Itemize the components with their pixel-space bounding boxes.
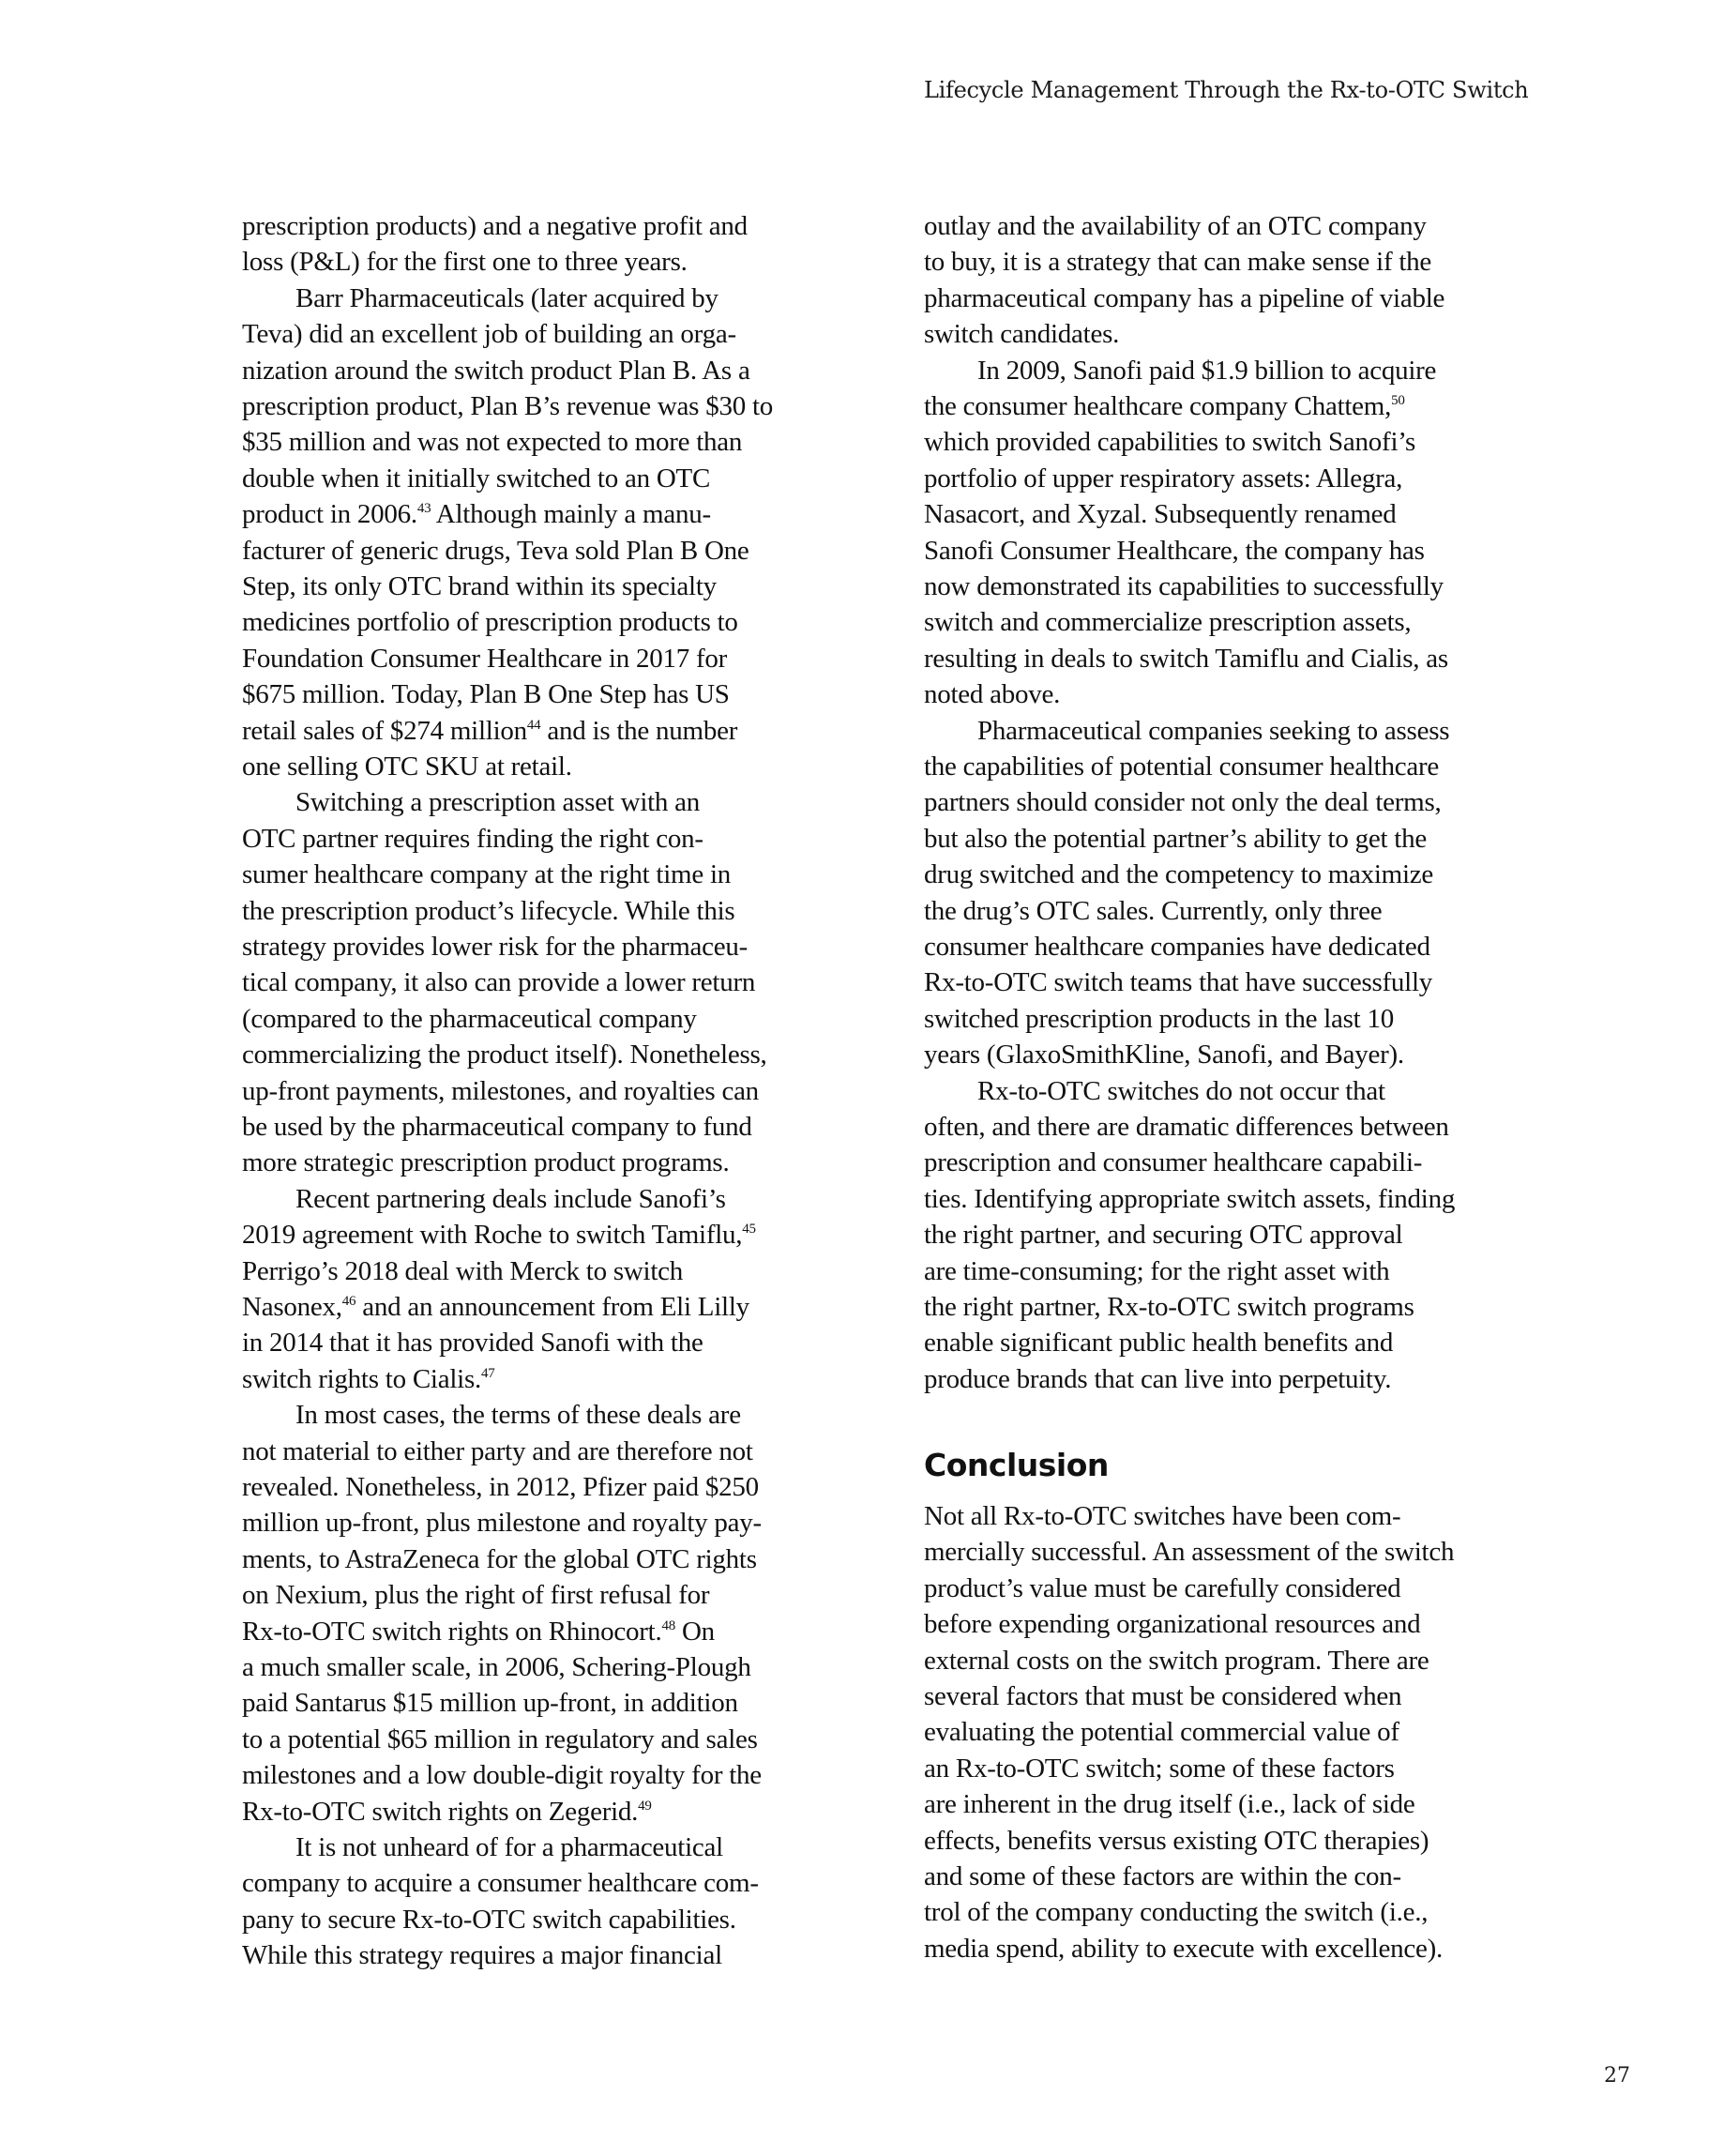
text-line: Switching a prescription asset with an xyxy=(242,784,700,820)
text-line-content: drug switched and the competency to maxi… xyxy=(924,859,1433,889)
text-line-content: the drug’s OTC sales. Currently, only th… xyxy=(924,896,1382,926)
text-line-content: but also the potential partner’s ability… xyxy=(924,824,1427,854)
footnote-reference: 47 xyxy=(481,1366,495,1381)
text-line: switch rights to Cialis.47 xyxy=(242,1361,495,1397)
text-line-content: Nasonex, xyxy=(242,1292,342,1322)
text-line: more strategic prescription product prog… xyxy=(242,1145,729,1180)
text-line-content: Rx-to-OTC switch teams that have success… xyxy=(924,967,1432,997)
text-line: up-front payments, milestones, and royal… xyxy=(242,1073,759,1109)
text-line: Step, its only OTC brand within its spec… xyxy=(242,569,717,604)
text-line: media spend, ability to execute with exc… xyxy=(924,1931,1443,1966)
text-line: Rx-to-OTC switch rights on Rhinocort.48 … xyxy=(242,1614,715,1649)
text-line-content: produce brands that can live into perpet… xyxy=(924,1364,1391,1394)
text-line-content: to a potential $65 million in regulatory… xyxy=(242,1724,758,1754)
text-line: retail sales of $274 million44 and is th… xyxy=(242,713,737,749)
text-line-content: pany to secure Rx-to-OTC switch capabili… xyxy=(242,1905,736,1935)
text-line-content: effects, benefits versus existing OTC th… xyxy=(924,1826,1429,1856)
text-line-content: one selling OTC SKU at retail. xyxy=(242,752,572,782)
text-line: $35 million and was not expected to more… xyxy=(242,424,742,460)
footnote-reference: 50 xyxy=(1391,393,1405,408)
text-line-content: revealed. Nonetheless, in 2012, Pfizer p… xyxy=(242,1472,759,1502)
text-line: Perrigo’s 2018 deal with Merck to switch xyxy=(242,1253,683,1289)
text-line: and some of these factors are within the… xyxy=(924,1859,1401,1894)
text-line: the consumer healthcare company Chattem,… xyxy=(924,388,1405,424)
text-line-content: nization around the switch product Plan … xyxy=(242,356,750,386)
text-line-content: prescription and consumer healthcare cap… xyxy=(924,1147,1422,1177)
document-page: Lifecycle Management Through the Rx-to-O… xyxy=(0,0,1724,2156)
text-line-content: are time-consuming; for the right asset … xyxy=(924,1256,1389,1286)
text-line-continuation: On xyxy=(675,1617,715,1647)
text-line-content: company to acquire a consumer healthcare… xyxy=(242,1868,759,1898)
text-line: mercially successful. An assessment of t… xyxy=(924,1534,1454,1570)
footnote-reference: 49 xyxy=(638,1799,652,1814)
text-line-content: consumer healthcare companies have dedic… xyxy=(924,932,1430,962)
text-line: partners should consider not only the de… xyxy=(924,784,1442,820)
text-line: not material to either party and are the… xyxy=(242,1434,753,1469)
text-line: Rx-to-OTC switch teams that have success… xyxy=(924,964,1432,1000)
text-line-content: product’s value must be carefully consid… xyxy=(924,1573,1400,1603)
text-line: consumer healthcare companies have dedic… xyxy=(924,929,1430,964)
text-line: pharmaceutical company has a pipeline of… xyxy=(924,281,1444,316)
text-line-content: In most cases, the terms of these deals … xyxy=(295,1400,741,1430)
text-line-content: product in 2006. xyxy=(242,499,417,529)
text-line-content: Rx-to-OTC switch rights on Rhinocort. xyxy=(242,1617,661,1647)
text-line: nization around the switch product Plan … xyxy=(242,353,750,388)
text-line: drug switched and the competency to maxi… xyxy=(924,857,1433,892)
text-line-content: Nasacort, and Xyzal. Subsequently rename… xyxy=(924,499,1397,529)
text-line-content: the consumer healthcare company Chattem, xyxy=(924,391,1391,421)
text-line-content: prescription products) and a negative pr… xyxy=(242,211,748,241)
text-line-content: the capabilities of potential consumer h… xyxy=(924,752,1439,782)
text-line: Nasacort, and Xyzal. Subsequently rename… xyxy=(924,496,1397,532)
text-line: switch candidates. xyxy=(924,316,1119,352)
text-line: tical company, it also can provide a low… xyxy=(242,964,755,1000)
text-line: double when it initially switched to an … xyxy=(242,461,710,496)
text-line-content: OTC partner requires finding the right c… xyxy=(242,824,703,854)
text-line: now demonstrated its capabilities to suc… xyxy=(924,569,1444,604)
text-line: portfolio of upper respiratory assets: A… xyxy=(924,461,1402,496)
text-line: Sanofi Consumer Healthcare, the company … xyxy=(924,533,1425,569)
text-line-content: million up-front, plus milestone and roy… xyxy=(242,1508,762,1538)
text-line-content: Switching a prescription asset with an xyxy=(295,787,700,817)
text-line-content: While this strategy requires a major fin… xyxy=(242,1940,722,1970)
text-line: (compared to the pharmaceutical company xyxy=(242,1001,697,1037)
text-line: the capabilities of potential consumer h… xyxy=(924,749,1439,784)
text-line-content: double when it initially switched to an … xyxy=(242,463,710,493)
text-line: Foundation Consumer Healthcare in 2017 f… xyxy=(242,641,727,676)
text-line-content: and some of these factors are within the… xyxy=(924,1861,1401,1891)
text-line: to a potential $65 million in regulatory… xyxy=(242,1722,758,1757)
text-line: a much smaller scale, in 2006, Schering-… xyxy=(242,1649,751,1685)
text-line: prescription and consumer healthcare cap… xyxy=(924,1145,1422,1180)
text-line: enable significant public health benefit… xyxy=(924,1325,1393,1360)
text-line-continuation: and is the number xyxy=(540,716,737,746)
text-line: ments, to AstraZeneca for the global OTC… xyxy=(242,1541,757,1577)
text-line-content: up-front payments, milestones, and royal… xyxy=(242,1076,759,1106)
text-line-content: mercially successful. An assessment of t… xyxy=(924,1537,1454,1567)
text-line: Pharmaceutical companies seeking to asse… xyxy=(924,713,1449,749)
text-line-content: several factors that must be considered … xyxy=(924,1681,1401,1711)
text-line-content: an Rx-to-OTC switch; some of these facto… xyxy=(924,1754,1395,1784)
text-line: but also the potential partner’s ability… xyxy=(924,821,1427,857)
text-line-content: now demonstrated its capabilities to suc… xyxy=(924,571,1444,601)
text-line-content: external costs on the switch program. Th… xyxy=(924,1646,1429,1676)
text-line: outlay and the availability of an OTC co… xyxy=(924,208,1427,244)
text-line-content: facturer of generic drugs, Teva sold Pla… xyxy=(242,536,749,566)
text-line-content: $675 million. Today, Plan B One Step has… xyxy=(242,679,730,709)
text-line-content: switch rights to Cialis. xyxy=(242,1364,481,1394)
text-line: Rx-to-OTC switches do not occur that xyxy=(924,1073,1385,1109)
text-line-content: portfolio of upper respiratory assets: A… xyxy=(924,463,1402,493)
text-line: Barr Pharmaceuticals (later acquired by xyxy=(242,281,718,316)
text-line-content: switched prescription products in the la… xyxy=(924,1004,1394,1034)
text-line-continuation: Although mainly a manu- xyxy=(431,499,710,529)
text-line-content: often, and there are dramatic difference… xyxy=(924,1112,1449,1142)
text-line: evaluating the potential commercial valu… xyxy=(924,1714,1399,1750)
text-line: In most cases, the terms of these deals … xyxy=(242,1397,741,1433)
text-line: company to acquire a consumer healthcare… xyxy=(242,1865,759,1901)
text-line-content: Rx-to-OTC switches do not occur that xyxy=(977,1076,1385,1106)
text-line: the drug’s OTC sales. Currently, only th… xyxy=(924,893,1382,929)
text-line-content: paid Santarus $15 million up-front, in a… xyxy=(242,1688,738,1718)
text-line: the right partner, Rx-to-OTC switch prog… xyxy=(924,1289,1414,1325)
text-line: switch and commercialize prescription as… xyxy=(924,604,1411,640)
running-header: Lifecycle Management Through the Rx-to-O… xyxy=(924,75,1524,105)
section-heading-conclusion: Conclusion xyxy=(924,1445,1109,1486)
text-line: Not all Rx-to-OTC switches have been com… xyxy=(924,1498,1400,1534)
text-line-content: the right partner, Rx-to-OTC switch prog… xyxy=(924,1292,1414,1322)
text-line-content: tical company, it also can provide a low… xyxy=(242,967,755,997)
text-line-content: medicines portfolio of prescription prod… xyxy=(242,607,738,637)
text-line: prescription product, Plan B’s revenue w… xyxy=(242,388,773,424)
text-line-content: trol of the company conducting the switc… xyxy=(924,1897,1428,1927)
text-line: prescription products) and a negative pr… xyxy=(242,208,748,244)
text-line: Rx-to-OTC switch rights on Zegerid.49 xyxy=(242,1794,652,1830)
text-line-content: the prescription product’s lifecycle. Wh… xyxy=(242,896,734,926)
text-line-content: 2019 agreement with Roche to switch Tami… xyxy=(242,1220,742,1250)
footnote-reference: 44 xyxy=(527,718,541,733)
text-line-content: a much smaller scale, in 2006, Schering-… xyxy=(242,1652,751,1682)
text-line-content: which provided capabilities to switch Sa… xyxy=(924,427,1415,457)
text-line-content: (compared to the pharmaceutical company xyxy=(242,1004,697,1034)
text-line-content: prescription product, Plan B’s revenue w… xyxy=(242,391,773,421)
text-line: 2019 agreement with Roche to switch Tami… xyxy=(242,1217,756,1253)
text-line: pany to secure Rx-to-OTC switch capabili… xyxy=(242,1902,736,1937)
text-line-content: $35 million and was not expected to more… xyxy=(242,427,742,457)
text-line-content: before expending organizational resource… xyxy=(924,1609,1420,1639)
text-line-content: Rx-to-OTC switch rights on Zegerid. xyxy=(242,1797,638,1827)
text-line-content: enable significant public health benefit… xyxy=(924,1328,1393,1358)
text-line-content: Step, its only OTC brand within its spec… xyxy=(242,571,717,601)
footnote-reference: 43 xyxy=(417,501,431,516)
text-line: $675 million. Today, Plan B One Step has… xyxy=(242,676,730,712)
text-line: trol of the company conducting the switc… xyxy=(924,1894,1428,1930)
text-line: on Nexium, plus the right of first refus… xyxy=(242,1577,709,1613)
text-line: the right partner, and securing OTC appr… xyxy=(924,1217,1402,1253)
text-line-content: In 2009, Sanofi paid $1.9 billion to acq… xyxy=(977,356,1436,386)
text-line-content: more strategic prescription product prog… xyxy=(242,1147,729,1177)
text-line: million up-front, plus milestone and roy… xyxy=(242,1505,762,1541)
footnote-reference: 46 xyxy=(342,1294,356,1309)
text-line: resulting in deals to switch Tamiflu and… xyxy=(924,641,1448,676)
text-line: product in 2006.43 Although mainly a man… xyxy=(242,496,711,532)
text-line: In 2009, Sanofi paid $1.9 billion to acq… xyxy=(924,353,1436,388)
text-line-content: on Nexium, plus the right of first refus… xyxy=(242,1580,709,1610)
text-line-content: loss (P&L) for the first one to three ye… xyxy=(242,247,688,277)
text-line: Recent partnering deals include Sanofi’s xyxy=(242,1181,726,1217)
text-line: in 2014 that it has provided Sanofi with… xyxy=(242,1325,703,1360)
text-line-content: Barr Pharmaceuticals (later acquired by xyxy=(295,283,718,313)
text-line: milestones and a low double-digit royalt… xyxy=(242,1757,762,1793)
text-line: one selling OTC SKU at retail. xyxy=(242,749,572,784)
text-line-content: switch candidates. xyxy=(924,319,1119,349)
text-line-content: ments, to AstraZeneca for the global OTC… xyxy=(242,1544,757,1574)
footnote-reference: 45 xyxy=(742,1222,756,1237)
text-line-content: resulting in deals to switch Tamiflu and… xyxy=(924,644,1448,674)
text-line: which provided capabilities to switch Sa… xyxy=(924,424,1415,460)
text-line: ties. Identifying appropriate switch ass… xyxy=(924,1181,1455,1217)
text-line-content: to buy, it is a strategy that can make s… xyxy=(924,247,1431,277)
text-line-content: commercializing the product itself). Non… xyxy=(242,1040,767,1070)
text-line: to buy, it is a strategy that can make s… xyxy=(924,244,1431,280)
text-line: loss (P&L) for the first one to three ye… xyxy=(242,244,688,280)
text-line-content: Sanofi Consumer Healthcare, the company … xyxy=(924,536,1425,566)
text-line: before expending organizational resource… xyxy=(924,1606,1420,1642)
text-line: produce brands that can live into perpet… xyxy=(924,1361,1391,1397)
text-line: revealed. Nonetheless, in 2012, Pfizer p… xyxy=(242,1469,759,1505)
text-line-content: switch and commercialize prescription as… xyxy=(924,607,1411,637)
text-line: switched prescription products in the la… xyxy=(924,1001,1394,1037)
text-line: Teva) did an excellent job of building a… xyxy=(242,316,736,352)
text-line: often, and there are dramatic difference… xyxy=(924,1109,1449,1145)
text-line: the prescription product’s lifecycle. Wh… xyxy=(242,893,734,929)
text-line-content: pharmaceutical company has a pipeline of… xyxy=(924,283,1444,313)
text-line: commercializing the product itself). Non… xyxy=(242,1037,767,1072)
text-line: several factors that must be considered … xyxy=(924,1678,1401,1714)
text-line-content: years (GlaxoSmithKline, Sanofi, and Baye… xyxy=(924,1040,1404,1070)
text-line: It is not unheard of for a pharmaceutica… xyxy=(242,1830,723,1865)
text-line: sumer healthcare company at the right ti… xyxy=(242,857,731,892)
text-line-content: strategy provides lower risk for the pha… xyxy=(242,932,748,962)
text-line-content: milestones and a low double-digit royalt… xyxy=(242,1760,762,1790)
text-line-content: in 2014 that it has provided Sanofi with… xyxy=(242,1328,703,1358)
text-line: product’s value must be carefully consid… xyxy=(924,1571,1400,1606)
text-line-content: are inherent in the drug itself (i.e., l… xyxy=(924,1789,1415,1819)
text-line-content: sumer healthcare company at the right ti… xyxy=(242,859,731,889)
text-line-content: Recent partnering deals include Sanofi’s xyxy=(295,1184,726,1214)
text-line: paid Santarus $15 million up-front, in a… xyxy=(242,1685,738,1721)
text-line-content: ties. Identifying appropriate switch ass… xyxy=(924,1184,1455,1214)
footnote-reference: 48 xyxy=(661,1618,675,1633)
text-line-content: Teva) did an excellent job of building a… xyxy=(242,319,736,349)
text-line-content: It is not unheard of for a pharmaceutica… xyxy=(295,1832,723,1862)
text-line: are inherent in the drug itself (i.e., l… xyxy=(924,1786,1415,1822)
text-line: years (GlaxoSmithKline, Sanofi, and Baye… xyxy=(924,1037,1404,1072)
text-line-content: be used by the pharmaceutical company to… xyxy=(242,1112,752,1142)
text-line-content: evaluating the potential commercial valu… xyxy=(924,1717,1399,1747)
text-line: While this strategy requires a major fin… xyxy=(242,1937,722,1973)
text-line-content: Pharmaceutical companies seeking to asse… xyxy=(977,716,1449,746)
text-line-content: the right partner, and securing OTC appr… xyxy=(924,1220,1402,1250)
text-line: are time-consuming; for the right asset … xyxy=(924,1253,1389,1289)
text-line-content: Not all Rx-to-OTC switches have been com… xyxy=(924,1501,1400,1531)
text-line: facturer of generic drugs, Teva sold Pla… xyxy=(242,533,749,569)
text-line-content: not material to either party and are the… xyxy=(242,1436,753,1466)
text-line: an Rx-to-OTC switch; some of these facto… xyxy=(924,1751,1395,1786)
text-line: external costs on the switch program. Th… xyxy=(924,1643,1429,1678)
text-line: strategy provides lower risk for the pha… xyxy=(242,929,748,964)
text-line: Nasonex,46 and an announcement from Eli … xyxy=(242,1289,749,1325)
text-line-continuation: and an announcement from Eli Lilly xyxy=(355,1292,749,1322)
text-line: OTC partner requires finding the right c… xyxy=(242,821,703,857)
text-line-content: Perrigo’s 2018 deal with Merck to switch xyxy=(242,1256,683,1286)
text-line-content: Foundation Consumer Healthcare in 2017 f… xyxy=(242,644,727,674)
text-line-content: partners should consider not only the de… xyxy=(924,787,1442,817)
text-line-content: retail sales of $274 million xyxy=(242,716,527,746)
page-number: 27 xyxy=(1604,2062,1630,2090)
text-line: medicines portfolio of prescription prod… xyxy=(242,604,738,640)
text-line-content: media spend, ability to execute with exc… xyxy=(924,1934,1443,1964)
text-line-content: noted above. xyxy=(924,679,1060,709)
text-line: effects, benefits versus existing OTC th… xyxy=(924,1823,1429,1859)
text-line-content: outlay and the availability of an OTC co… xyxy=(924,211,1427,241)
text-line: be used by the pharmaceutical company to… xyxy=(242,1109,752,1145)
text-line: noted above. xyxy=(924,676,1060,712)
